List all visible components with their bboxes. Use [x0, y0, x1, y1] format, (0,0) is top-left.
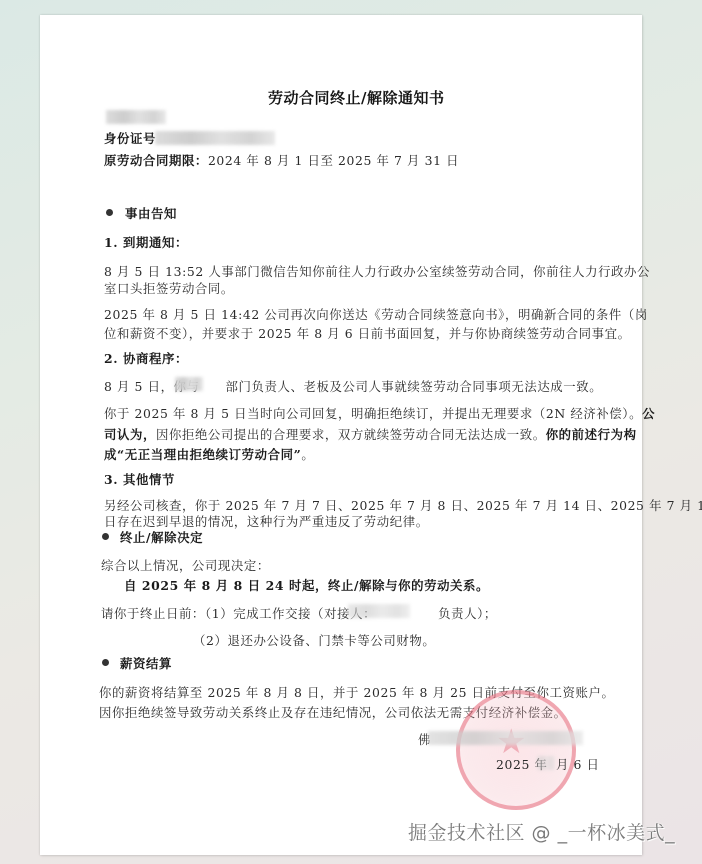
redacted-month [537, 756, 555, 770]
subheading-other: 3. 其他情节 [104, 470, 175, 488]
request-line1: 请你于终止日前：（1）完成工作交接（对接人：负责人）； [101, 604, 497, 622]
negotiation-p2-line2-bold-end: 你的前述行为构 [546, 427, 637, 442]
redacted-company-name [428, 731, 583, 745]
bullet-icon [102, 659, 109, 666]
id-label: 身份证号 [104, 129, 156, 147]
decision-text: 自 2025 年 8 月 8 日 24 时起，终止/解除与你的劳动关系。 [124, 576, 489, 594]
section-heading-salary: 薪资结算 [120, 654, 172, 672]
request-label: 请你于终止日前： [101, 606, 205, 621]
subheading-expiry: 1. 到期通知： [104, 233, 188, 251]
request-item2: （2）退还办公设备、门禁卡等公司财物。 [193, 631, 435, 649]
request-item1-suffix: 负责人）； [438, 606, 497, 621]
redacted-department-blur [175, 377, 203, 391]
negotiation-p2-line1-bold: 公 [642, 406, 655, 421]
subheading-negotiation: 2. 协商程序： [104, 349, 188, 367]
watermark: 掘金技术社区 @ _一杯冰美式_ [408, 818, 675, 845]
expiry-p1-line1: 8 月 5 日 13:52 人事部门微信告知你前往人力行政办公室续签劳动合同，你… [104, 262, 650, 280]
expiry-p2-line2: 位和薪资不变），并要求于 2025 年 8 月 6 日前书面回复，并与你协商续签… [104, 324, 631, 342]
contract-period-value: 2024 年 8 月 1 日至 2025 年 7 月 31 日 [208, 153, 459, 168]
contract-period-label: 原劳动合同期限： [104, 153, 208, 168]
redacted-handover-contact-blur [348, 604, 410, 618]
redacted-name [106, 110, 166, 124]
section-heading-decision: 终止/解除决定 [120, 528, 203, 546]
negotiation-p2-line2-bold-start: 司认为， [104, 427, 156, 442]
negotiation-p2-line1: 你于 2025 年 8 月 5 日当时向公司回复，明确拒绝续订，并提出无理要求（… [104, 404, 655, 422]
expiry-p1-line2: 室口头拒签劳动合同。 [104, 279, 234, 297]
negotiation-p2-line3-bold: 成“无正当理由拒绝续订劳动合同” [104, 447, 301, 462]
negotiation-p2-line3-end: 。 [301, 447, 314, 462]
negotiation-p2-line2-normal: 因你拒绝公司提出的合理要求，双方就续签劳动合同无法达成一致。 [156, 427, 546, 442]
signature-date-day: 月 6 日 [556, 755, 600, 773]
decision-intro: 综合以上情况，公司现决定： [101, 556, 270, 574]
expiry-p2-line1: 2025 年 8 月 5 日 14:42 公司再次向你送达《劳动合同续签意向书》… [104, 305, 648, 323]
negotiation-p2-line1-normal: 你于 2025 年 8 月 5 日当时向公司回复，明确拒绝续订，并提出无理要求（… [104, 406, 642, 421]
redacted-id-number [155, 131, 275, 145]
document-title: 劳动合同终止/解除通知书 [268, 87, 444, 108]
negotiation-p2-line2: 司认为，因你拒绝公司提出的合理要求，双方就续签劳动合同无法达成一致。你的前述行为… [104, 425, 637, 443]
contract-period: 原劳动合同期限：2024 年 8 月 1 日至 2025 年 7 月 31 日 [104, 151, 459, 169]
section-heading-reason: 事由告知 [125, 204, 177, 222]
bullet-icon [102, 533, 109, 540]
negotiation-p2-line3: 成“无正当理由拒绝续订劳动合同”。 [104, 445, 314, 463]
bullet-icon [106, 209, 113, 216]
negotiation-p1-suffix: 部门负责人、老板及公司人事就续签劳动合同事项无法达成一致。 [226, 379, 603, 394]
